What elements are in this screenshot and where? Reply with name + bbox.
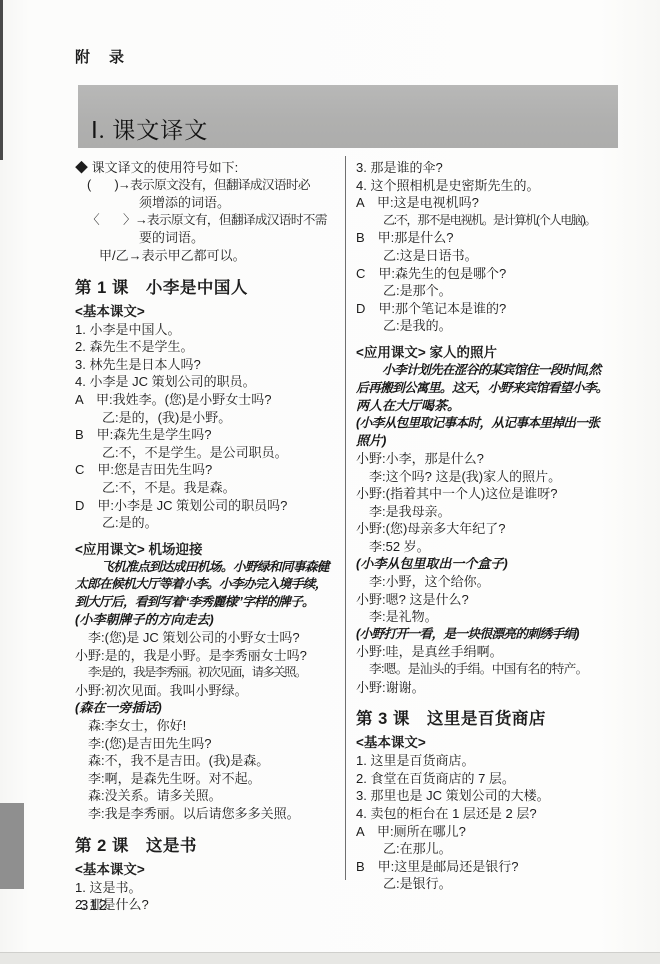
text-line: 4. 小李是 JC 策划公司的职员。 (75, 373, 339, 391)
text-line: 小李计划先在涩谷的某宾馆住一段时间,然 (356, 362, 628, 380)
text-line: <基本课文> (75, 302, 339, 321)
text-line: 李:是的，我是李秀丽。初次见面，请多关照。 (75, 664, 339, 682)
text-line: 3. 林先生是日本人吗? (75, 356, 339, 374)
text-line: 小野:小李，那是什么? (356, 450, 628, 468)
text-line: 太郎在候机大厅等着小李。小李办完入境手续， (75, 576, 339, 594)
text-line: 李:(您)是吉田先生吗? (75, 735, 339, 753)
text-line: 后再搬到公寓里。这天，小野来宾馆看望小李。 (356, 380, 628, 398)
text-line: 李:这个吗? 这是(我)家人的照片。 (356, 468, 628, 486)
text-line: ( )→表示原文没有，但翻译成汉语时必 (75, 177, 339, 195)
scan-bottom-edge (0, 952, 660, 964)
text-line: 第 3 课 这里是百货商店 (356, 707, 628, 731)
text-line: (小李从包里取出一个盒子) (356, 555, 628, 573)
page-number: 312 (80, 897, 108, 914)
text-line: 小野:嗯? 这是什么? (356, 591, 628, 609)
section-banner: Ⅰ. 课文译文 (78, 85, 618, 148)
text-line: 3. 那是谁的伞? (356, 159, 628, 177)
text-line: 小野:谢谢。 (356, 679, 628, 697)
text-line: 李:小野，这个给你。 (356, 573, 628, 591)
text-line: 乙:不，不是学生。是公司职员。 (75, 444, 339, 462)
text-line: <基本课文> (356, 733, 628, 752)
text-line: B 甲:这里是邮局还是银行? (356, 858, 628, 876)
text-line: 乙:是的。 (75, 514, 339, 532)
text-line: 李:(您)是 JC 策划公司的小野女士吗? (75, 629, 339, 647)
text-line: 李:是礼物。 (356, 608, 628, 626)
text-line: 乙:是我的。 (356, 317, 628, 335)
text-line: (小李从包里取记事本时，从记事本里掉出一张 (356, 415, 628, 433)
text-line: 乙:是那个。 (356, 282, 628, 300)
text-line: A 甲:我姓李。(您)是小野女士吗? (75, 391, 339, 409)
text-line: 乙:不，不是。我是森。 (75, 479, 339, 497)
text-line: 乙:在那儿。 (356, 840, 628, 858)
text-line: 第 1 课 小李是中国人 (75, 276, 339, 300)
text-line: 乙:是银行。 (356, 875, 628, 893)
scanned-book-page: 附 录 Ⅰ. 课文译文 ◆ 课文译文的使用符号如下:( )→表示原文没有，但翻译… (0, 0, 660, 964)
text-line: <基本课文> (75, 860, 339, 879)
text-line: 要的词语。 (75, 229, 339, 247)
text-line: 森:不，我不是吉田。(我)是森。 (75, 752, 339, 770)
text-line: 4. 卖包的柜台在 1 层还是 2 层? (356, 805, 628, 823)
text-line: D 甲:小李是 JC 策划公司的职员吗? (75, 497, 339, 515)
text-line: 1. 小李是中国人。 (75, 321, 339, 339)
text-line: 森:李女士，你好! (75, 717, 339, 735)
text-line: D 甲:那个笔记本是谁的? (356, 300, 628, 318)
text-line: 小野:(您)母亲多大年纪了? (356, 520, 628, 538)
text-line: (小李朝牌子的方向走去) (75, 611, 339, 629)
text-line: 4. 这个照相机是史密斯先生的。 (356, 177, 628, 195)
section-title: Ⅰ. 课文译文 (91, 112, 208, 145)
left-column: ◆ 课文译文的使用符号如下:( )→表示原文没有，但翻译成汉语时必须增添的词语。… (75, 159, 339, 914)
text-line: 飞机准点到达成田机场。小野绿和同事森健 (75, 559, 339, 577)
text-line: <应用课文> 机场迎接 (75, 540, 339, 559)
text-line: 1. 这是书。 (75, 879, 339, 897)
text-line: C 甲:森先生的包是哪个? (356, 265, 628, 283)
text-line: 李:52 岁。 (356, 538, 628, 556)
text-line: (小野打开一看，是一块很漂亮的刺绣手绢) (356, 626, 628, 644)
text-line: 李:啊，是森先生呀。对不起。 (75, 770, 339, 788)
text-line: A 甲:厕所在哪儿? (356, 823, 628, 841)
text-line: 乙:不，那不是电视机。是计算机(个人电脑)。 (356, 212, 628, 230)
text-line: 须增添的词语。 (75, 194, 339, 212)
text-line: 到大厅后，看到写着“李秀麗様”字样的牌子。 (75, 594, 339, 612)
text-line: 李:嗯。是汕头的手绢。中国有名的特产。 (356, 661, 628, 679)
column-divider (345, 156, 346, 880)
text-line: <应用课文> 家人的照片 (356, 343, 628, 362)
text-line: 小野:初次见面。我叫小野绿。 (75, 682, 339, 700)
text-line: C 甲:您是吉田先生吗? (75, 461, 339, 479)
text-line: 3. 那里也是 JC 策划公司的大楼。 (356, 787, 628, 805)
text-line: 小野:哇，是真丝手绢啊。 (356, 643, 628, 661)
scan-edge-line (0, 0, 3, 160)
text-line: 1. 这里是百货商店。 (356, 752, 628, 770)
text-line: 李:我是李秀丽。以后请您多多关照。 (75, 805, 339, 823)
text-line: 乙:是的，(我)是小野。 (75, 409, 339, 427)
text-line: 2. 食堂在百货商店的 7 层。 (356, 770, 628, 788)
text-line: 乙:这是日语书。 (356, 247, 628, 265)
chapter-thumb-tab (0, 803, 24, 889)
text-line: 第 2 课 这是书 (75, 834, 339, 858)
text-line: 照片) (356, 432, 628, 450)
text-line: ◆ 课文译文的使用符号如下: (75, 159, 339, 177)
text-line: 两人在大厅喝茶。 (356, 397, 628, 415)
text-line: 李:是我母亲。 (356, 503, 628, 521)
text-line: 小野:(指着其中一个人)这位是谁呀? (356, 485, 628, 503)
text-line: 〈 〉→表示原文有，但翻译成汉语时不需 (75, 212, 339, 230)
text-line: A 甲:这是电视机吗? (356, 194, 628, 212)
text-line: (森在一旁插话) (75, 699, 339, 717)
text-line: 甲/乙→表示甲乙都可以。 (75, 247, 339, 265)
text-line: 2. 那是什么? (75, 896, 339, 914)
text-line: 森:没关系。请多关照。 (75, 787, 339, 805)
text-line: 小野:是的，我是小野。是李秀丽女士吗? (75, 647, 339, 665)
text-line: 2. 森先生不是学生。 (75, 338, 339, 356)
text-line: B 甲:森先生是学生吗? (75, 426, 339, 444)
right-column: 3. 那是谁的伞?4. 这个照相机是史密斯先生的。A 甲:这是电视机吗?乙:不，… (356, 159, 628, 893)
text-line: B 甲:那是什么? (356, 229, 628, 247)
running-header: 附 录 (75, 46, 126, 67)
